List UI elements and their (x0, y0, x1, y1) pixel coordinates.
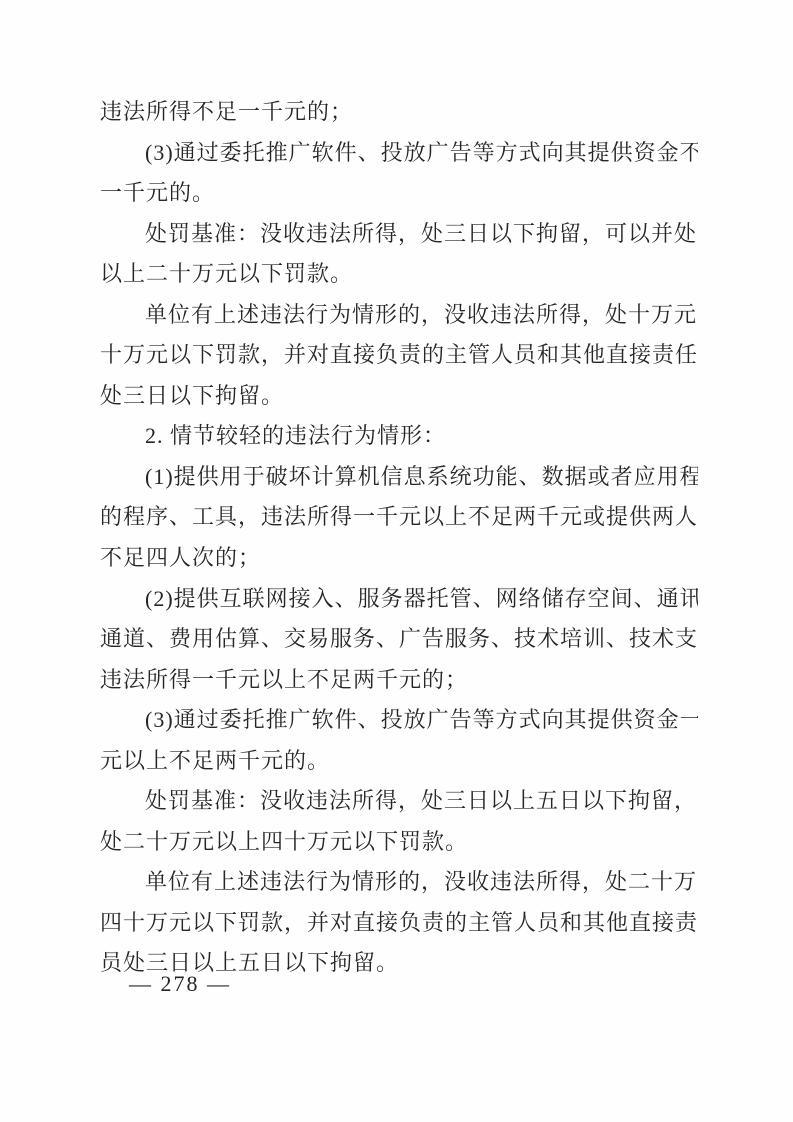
text-line: (1)提供用于破坏计算机信息系统功能、数据或者应用程序 (100, 457, 698, 498)
text-line: 违法所得不足一千元的； (100, 92, 698, 133)
text-line: 通道、费用估算、交易服务、广告服务、技术培训、技术支撑等帮助， (100, 619, 698, 660)
text-line: 处二十万元以上四十万元以下罚款。 (100, 822, 698, 863)
text-line: 单位有上述违法行为情形的，没收违法所得，处二十万元以上 (100, 862, 698, 903)
text-line: 一千元的。 (100, 173, 698, 214)
text-line: 处罚基准：没收违法所得，处三日以下拘留，可以并处五万元 (100, 214, 698, 255)
text-block: 违法所得不足一千元的；(3)通过委托推广软件、投放广告等方式向其提供资金不足一千… (100, 92, 698, 984)
text-line: 违法所得一千元以上不足两千元的； (100, 660, 698, 701)
text-line: 以上二十万元以下罚款。 (100, 254, 698, 295)
document-page: 违法所得不足一千元的；(3)通过委托推广软件、投放广告等方式向其提供资金不足一千… (0, 0, 793, 1122)
text-line: 单位有上述违法行为情形的，没收违法所得，处十万元以上二 (100, 295, 698, 336)
text-line: 2. 情节较轻的违法行为情形： (100, 416, 698, 457)
text-line: 处罚基准：没收违法所得，处三日以上五日以下拘留，可以并 (100, 781, 698, 822)
text-line: 元以上不足两千元的。 (100, 741, 698, 782)
text-line: 的程序、工具，违法所得一千元以上不足两千元或提供两人次以上 (100, 497, 698, 538)
page-number: — 278 — (129, 971, 231, 997)
text-line: 十万元以下罚款，并对直接负责的主管人员和其他直接责任人员 (100, 335, 698, 376)
text-line: 处三日以下拘留。 (100, 376, 698, 417)
text-line: 四十万元以下罚款，并对直接负责的主管人员和其他直接责任人 (100, 903, 698, 944)
text-line: (3)通过委托推广软件、投放广告等方式向其提供资金一千 (100, 700, 698, 741)
text-line: 不足四人次的； (100, 538, 698, 579)
text-line: (3)通过委托推广软件、投放广告等方式向其提供资金不足 (100, 133, 698, 174)
text-line: (2)提供互联网接入、服务器托管、网络储存空间、通讯传输 (100, 579, 698, 620)
